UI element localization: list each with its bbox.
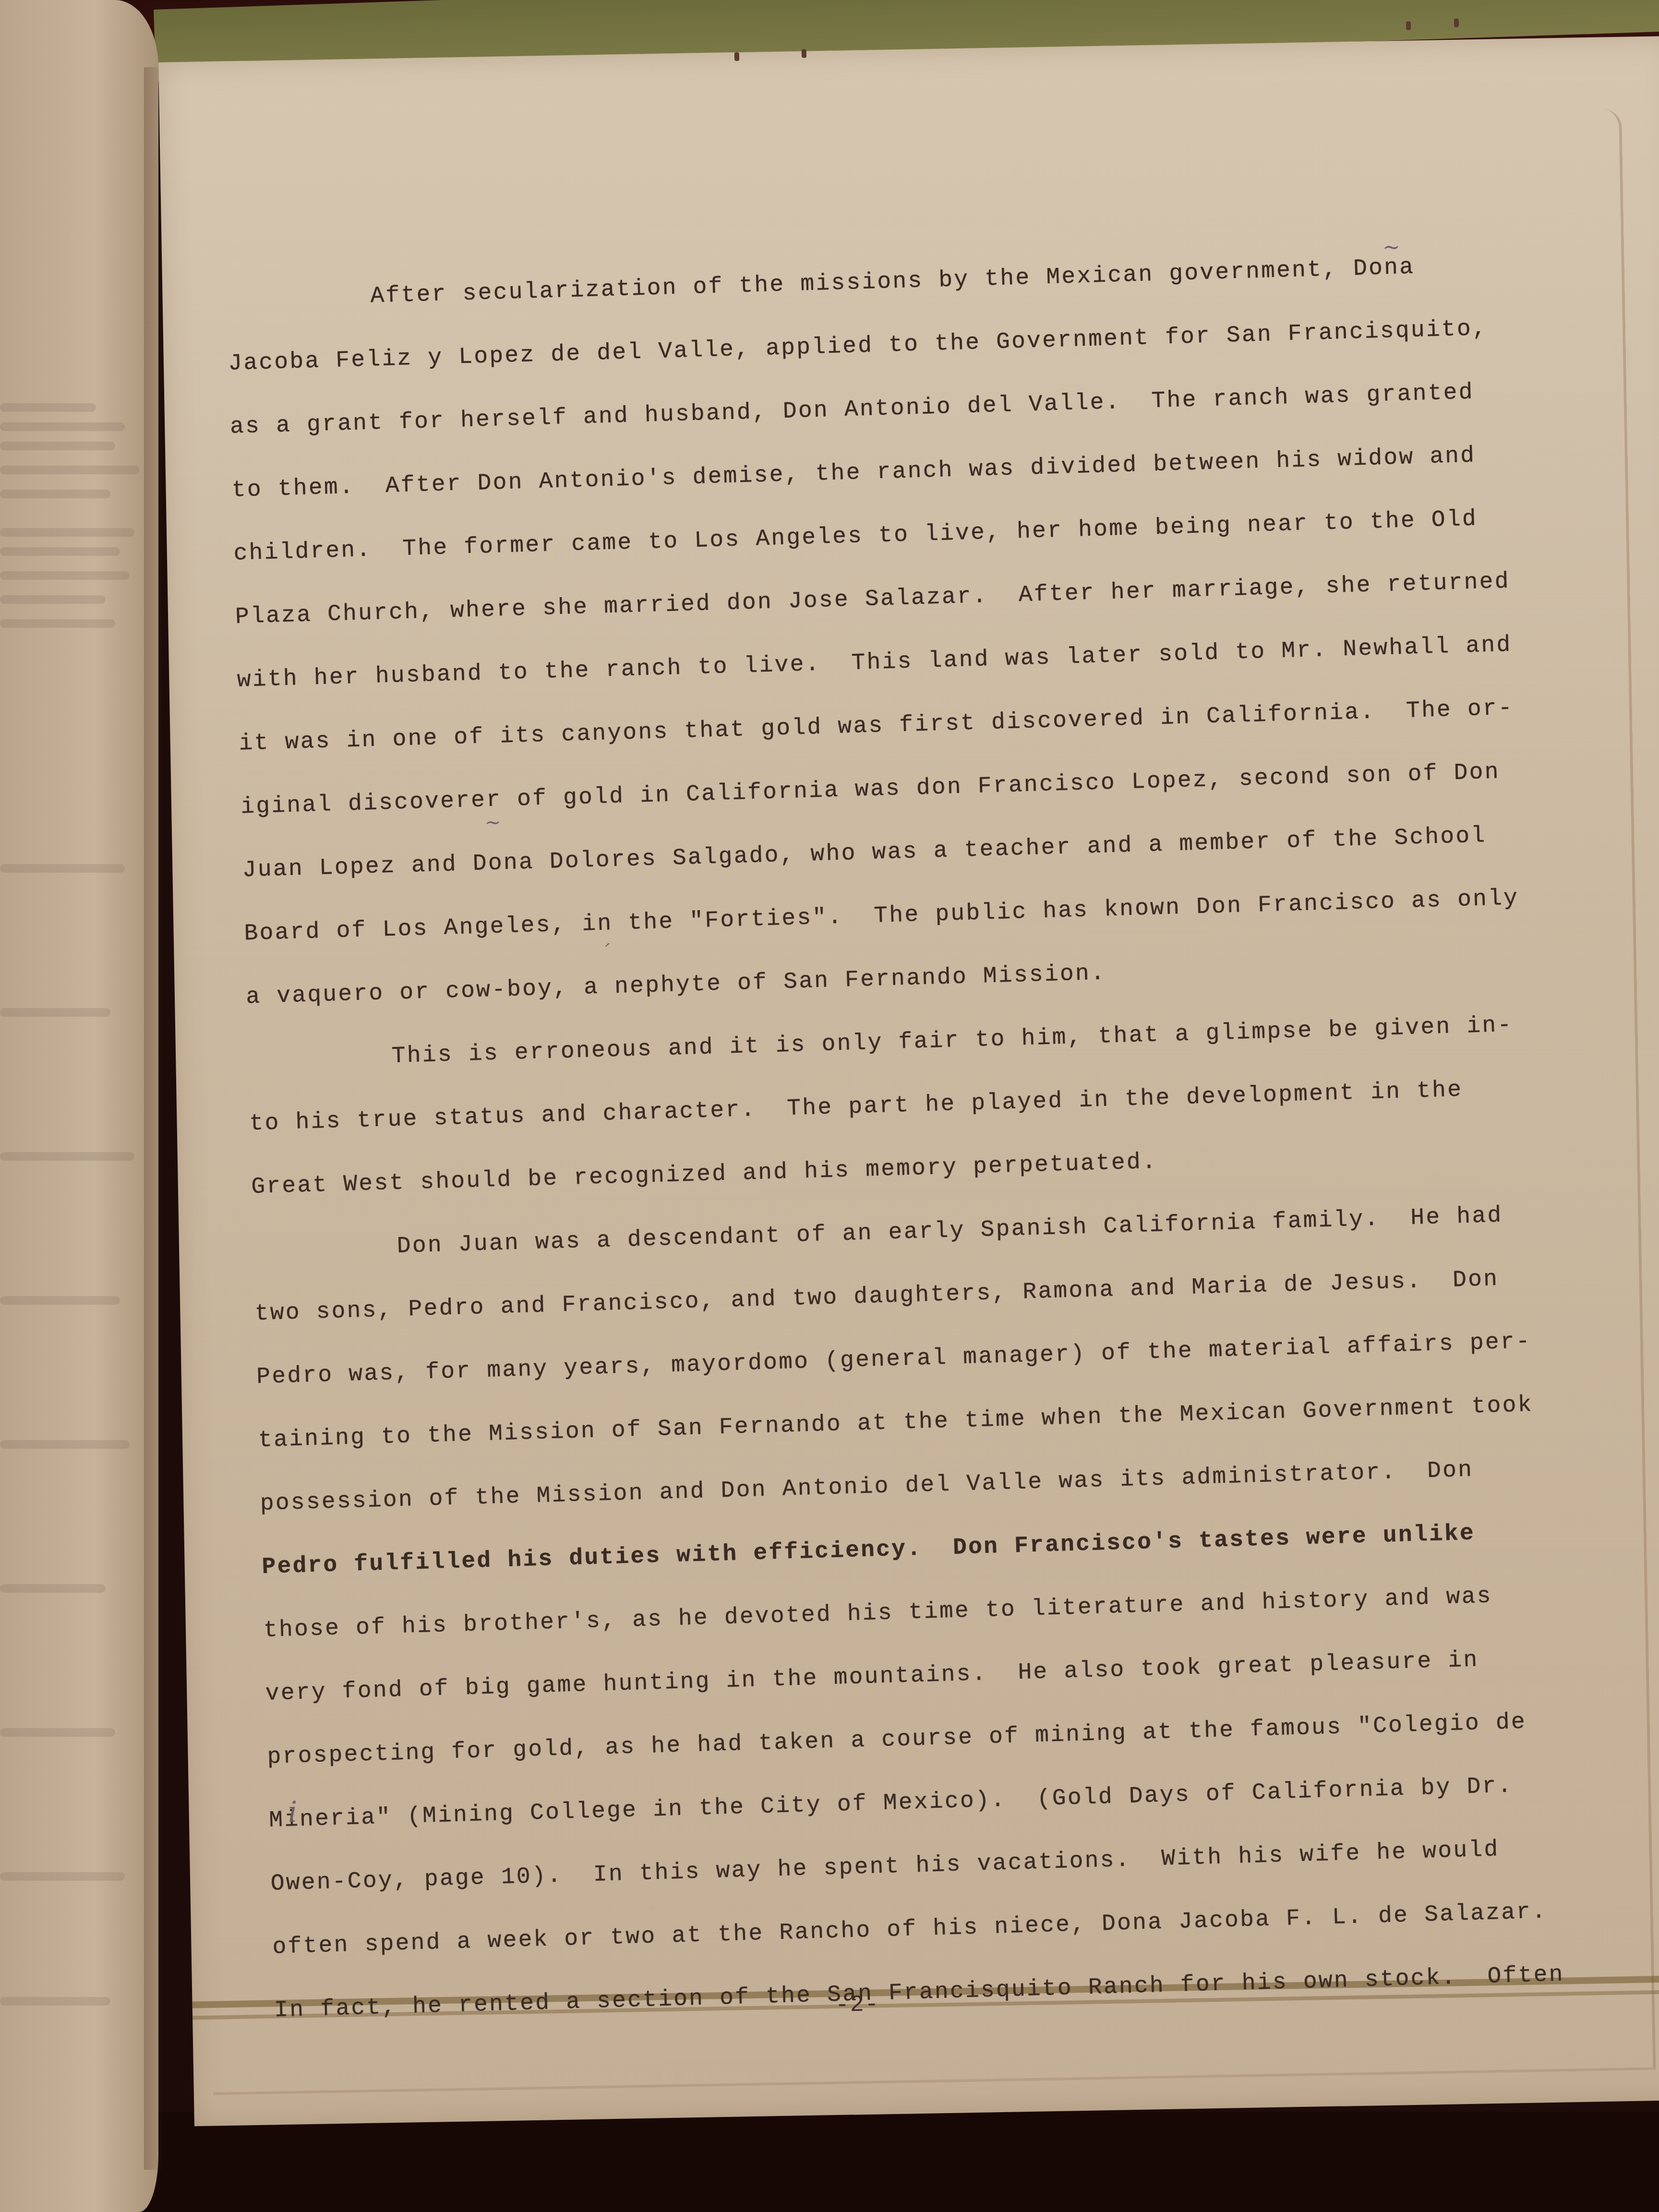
- handwritten-tilde-mark: ~: [485, 811, 501, 833]
- background-bottom: [0, 2112, 1659, 2212]
- page-number: -2-: [835, 1992, 880, 2019]
- binder-hole-speck: [734, 52, 739, 61]
- bleed-through-line: [0, 403, 96, 412]
- binder-hole-speck: [1406, 21, 1411, 30]
- bleed-through-line: [0, 442, 115, 450]
- bleed-through-line: [0, 619, 115, 628]
- bleed-through-line: [0, 1872, 125, 1881]
- bleed-through-line: [0, 528, 134, 537]
- bleed-through-line: [0, 547, 120, 556]
- bleed-through-line: [0, 864, 125, 873]
- handwritten-tilde-mark: ~: [1382, 235, 1400, 260]
- bleed-through-line: [0, 1152, 134, 1161]
- binder-hole-speck: [1454, 19, 1459, 27]
- bleed-through-line: [0, 1296, 120, 1305]
- bleed-through-line: [0, 595, 106, 604]
- bleed-through-line: [0, 1008, 110, 1017]
- handwritten-correction-mark: i: [288, 1795, 297, 1829]
- bleed-through-line: [0, 422, 125, 431]
- bleed-through-line: [0, 1997, 110, 2006]
- previous-page-edge: [0, 0, 158, 2212]
- page-gutter-shadow: [144, 67, 163, 2170]
- bleed-through-line: [0, 1584, 106, 1593]
- binder-hole-speck: [802, 49, 806, 58]
- document-body: After secularization of the missions by …: [226, 232, 1580, 2043]
- bleed-through-line: [0, 1440, 130, 1449]
- handwritten-accent-mark: ´: [600, 941, 610, 963]
- bleed-through-line: [0, 571, 130, 580]
- bleed-through-line: [0, 1728, 115, 1737]
- bleed-through-line: [0, 466, 139, 474]
- bleed-through-line: [0, 490, 110, 498]
